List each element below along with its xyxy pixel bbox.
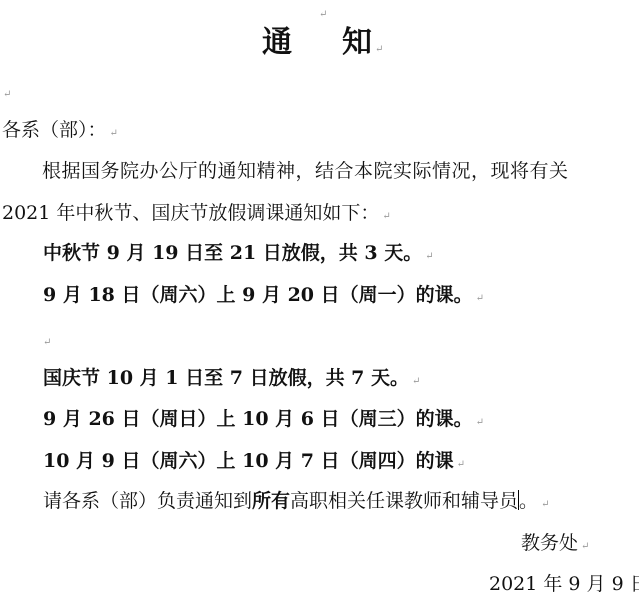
- national-day-holiday-text: 国庆节 10 月 1 日至 7 日放假，共 7 天。: [43, 367, 409, 389]
- paragraph-mark-icon: ↵: [581, 541, 589, 552]
- blank-paragraph[interactable]: ↵: [0, 80, 11, 106]
- document-title[interactable]: 通知↵: [262, 26, 383, 67]
- national-day-makeup-2[interactable]: 10 月 9 日（周六）上 10 月 7 日（周四）的课↵: [43, 450, 465, 476]
- national-day-makeup-1[interactable]: 9 月 26 日（周日）上 10 月 6 日（周三）的课。↵: [43, 408, 484, 434]
- national-day-makeup-1-text: 9 月 26 日（周日）上 10 月 6 日（周三）的课。: [43, 408, 473, 430]
- paragraph-mark-icon: ↵: [425, 251, 433, 262]
- mid-autumn-makeup[interactable]: 9 月 18 日（周六）上 9 月 20 日（周一）的课。↵: [43, 284, 484, 310]
- paragraph-mark-icon: ↵: [110, 128, 118, 139]
- signature-date[interactable]: 2021 年 9 月 9 日↵: [489, 573, 639, 599]
- top-paragraph[interactable]: ↵: [316, 0, 327, 26]
- paragraph-mark-icon: ↵: [43, 337, 51, 348]
- paragraph-mark-icon: ↵: [319, 9, 327, 20]
- mid-autumn-holiday[interactable]: 中秋节 9 月 19 日至 21 日放假，共 3 天。↵: [43, 242, 434, 268]
- mid-autumn-makeup-text: 9 月 18 日（周六）上 9 月 20 日（周一）的课。: [43, 284, 473, 306]
- salutation-text: 各系（部）：: [2, 119, 107, 141]
- closing-paragraph[interactable]: 请各系（部）负责通知到所有高职相关任课教师和辅导员。↵: [43, 490, 549, 516]
- national-day-makeup-2-text: 10 月 9 日（周六）上 10 月 7 日（周四）的课: [43, 450, 454, 472]
- closing-text-3: 。: [519, 490, 538, 512]
- closing-text-2: 高职相关任课教师和辅导员: [290, 490, 518, 512]
- paragraph-mark-icon: ↵: [375, 44, 383, 55]
- intro-line-1[interactable]: 根据国务院办公厅的通知精神，结合本院实际情况，现将有关: [42, 160, 569, 182]
- blank-paragraph-2[interactable]: ↵: [40, 328, 51, 354]
- signature-date-text: 2021 年 9 月 9 日: [489, 573, 639, 595]
- closing-text-bold: 所有: [252, 490, 290, 512]
- national-day-holiday[interactable]: 国庆节 10 月 1 日至 7 日放假，共 7 天。↵: [43, 367, 420, 393]
- signature-office[interactable]: 教务处↵: [521, 532, 589, 558]
- intro-text-2: 2021 年中秋节、国庆节放假调课通知如下：: [2, 202, 379, 224]
- paragraph-mark-icon: ↵: [3, 89, 11, 100]
- signature-office-text: 教务处: [521, 532, 578, 554]
- paragraph-mark-icon: ↵: [476, 417, 484, 428]
- intro-line-2[interactable]: 2021 年中秋节、国庆节放假调课通知如下：↵: [2, 202, 391, 228]
- paragraph-mark-icon: ↵: [476, 293, 484, 304]
- paragraph-mark-icon: ↵: [382, 211, 390, 222]
- paragraph-mark-icon: ↵: [541, 499, 549, 510]
- salutation[interactable]: 各系（部）：↵: [2, 119, 118, 145]
- intro-text-1: 根据国务院办公厅的通知精神，结合本院实际情况，现将有关: [42, 160, 569, 182]
- title-char-2: 知: [342, 25, 372, 60]
- paragraph-mark-icon: ↵: [457, 459, 465, 470]
- paragraph-mark-icon: ↵: [412, 376, 420, 387]
- closing-text-1: 请各系（部）负责通知到: [43, 490, 252, 512]
- title-char-1: 通: [262, 25, 292, 60]
- mid-autumn-holiday-text: 中秋节 9 月 19 日至 21 日放假，共 3 天。: [43, 242, 422, 264]
